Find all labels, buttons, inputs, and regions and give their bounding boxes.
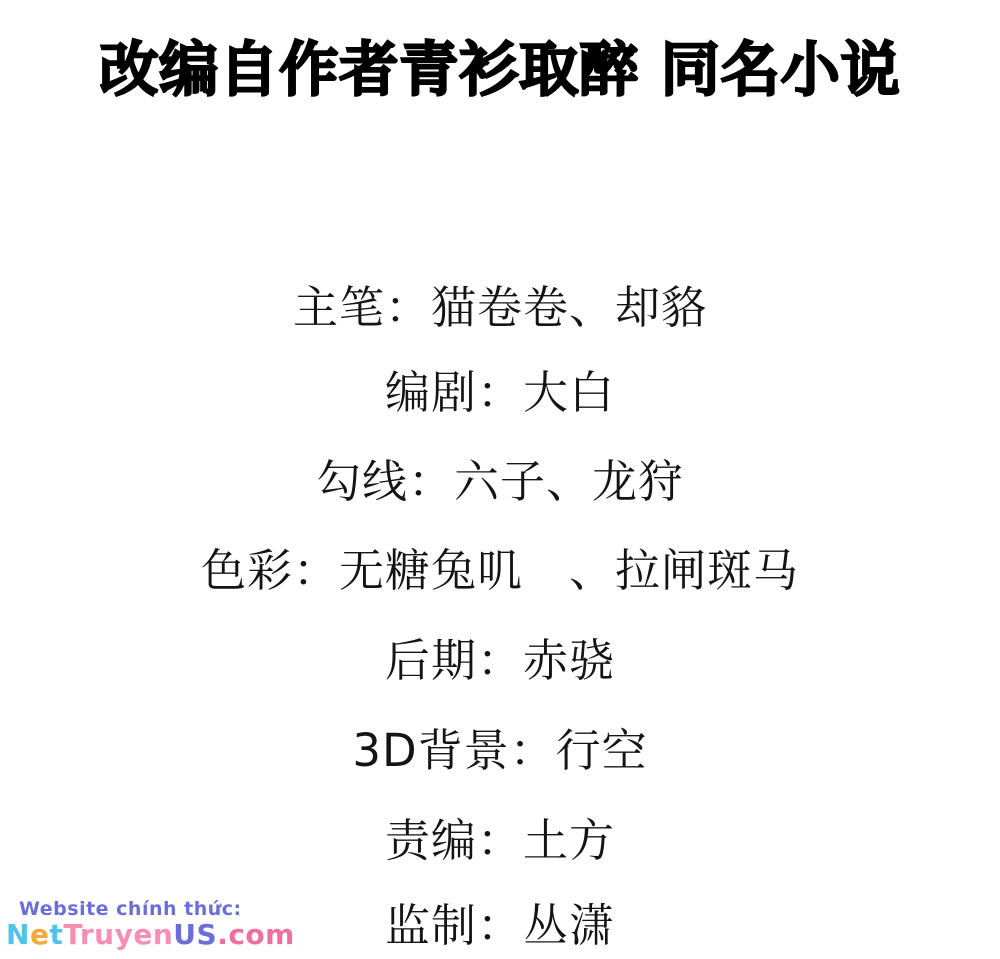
credit-line-post-production: 后期：赤骁 xyxy=(0,638,1000,683)
page-title: 改编自作者青衫取醉 同名小说 xyxy=(0,22,1000,107)
credit-line-line-art: 勾线：六子、龙狩 xyxy=(0,459,1000,504)
watermark-site-name-segment: N xyxy=(6,918,30,951)
watermark-site-name-segment: t xyxy=(49,918,63,951)
watermark-site-name-segment: US xyxy=(173,918,217,951)
credit-line-main-artist: 主笔：猫卷卷、却貉 xyxy=(0,285,1000,330)
watermark-site-name: NetTruyenUS.com xyxy=(6,920,295,949)
watermark-site-name-segment: Truyen xyxy=(63,918,173,951)
credit-line-3d-background: 3D背景：行空 xyxy=(0,728,1000,773)
watermark-official-site-label: Website chính thức: xyxy=(6,900,295,920)
credit-line-editor: 责编：土方 xyxy=(0,818,1000,863)
site-watermark: Website chính thức: NetTruyenUS.com xyxy=(6,900,295,949)
watermark-site-name-segment: e xyxy=(30,918,50,951)
credit-line-screenwriter: 编剧：大白 xyxy=(0,370,1000,415)
comic-credits-page: 改编自作者青衫取醉 同名小说 主笔：猫卷卷、却貉 编剧：大白 勾线：六子、龙狩 … xyxy=(0,0,1000,959)
watermark-site-name-segment: .com xyxy=(217,918,295,951)
credit-line-color: 色彩：无糖兔叽 、拉闸斑马 xyxy=(0,548,1000,593)
